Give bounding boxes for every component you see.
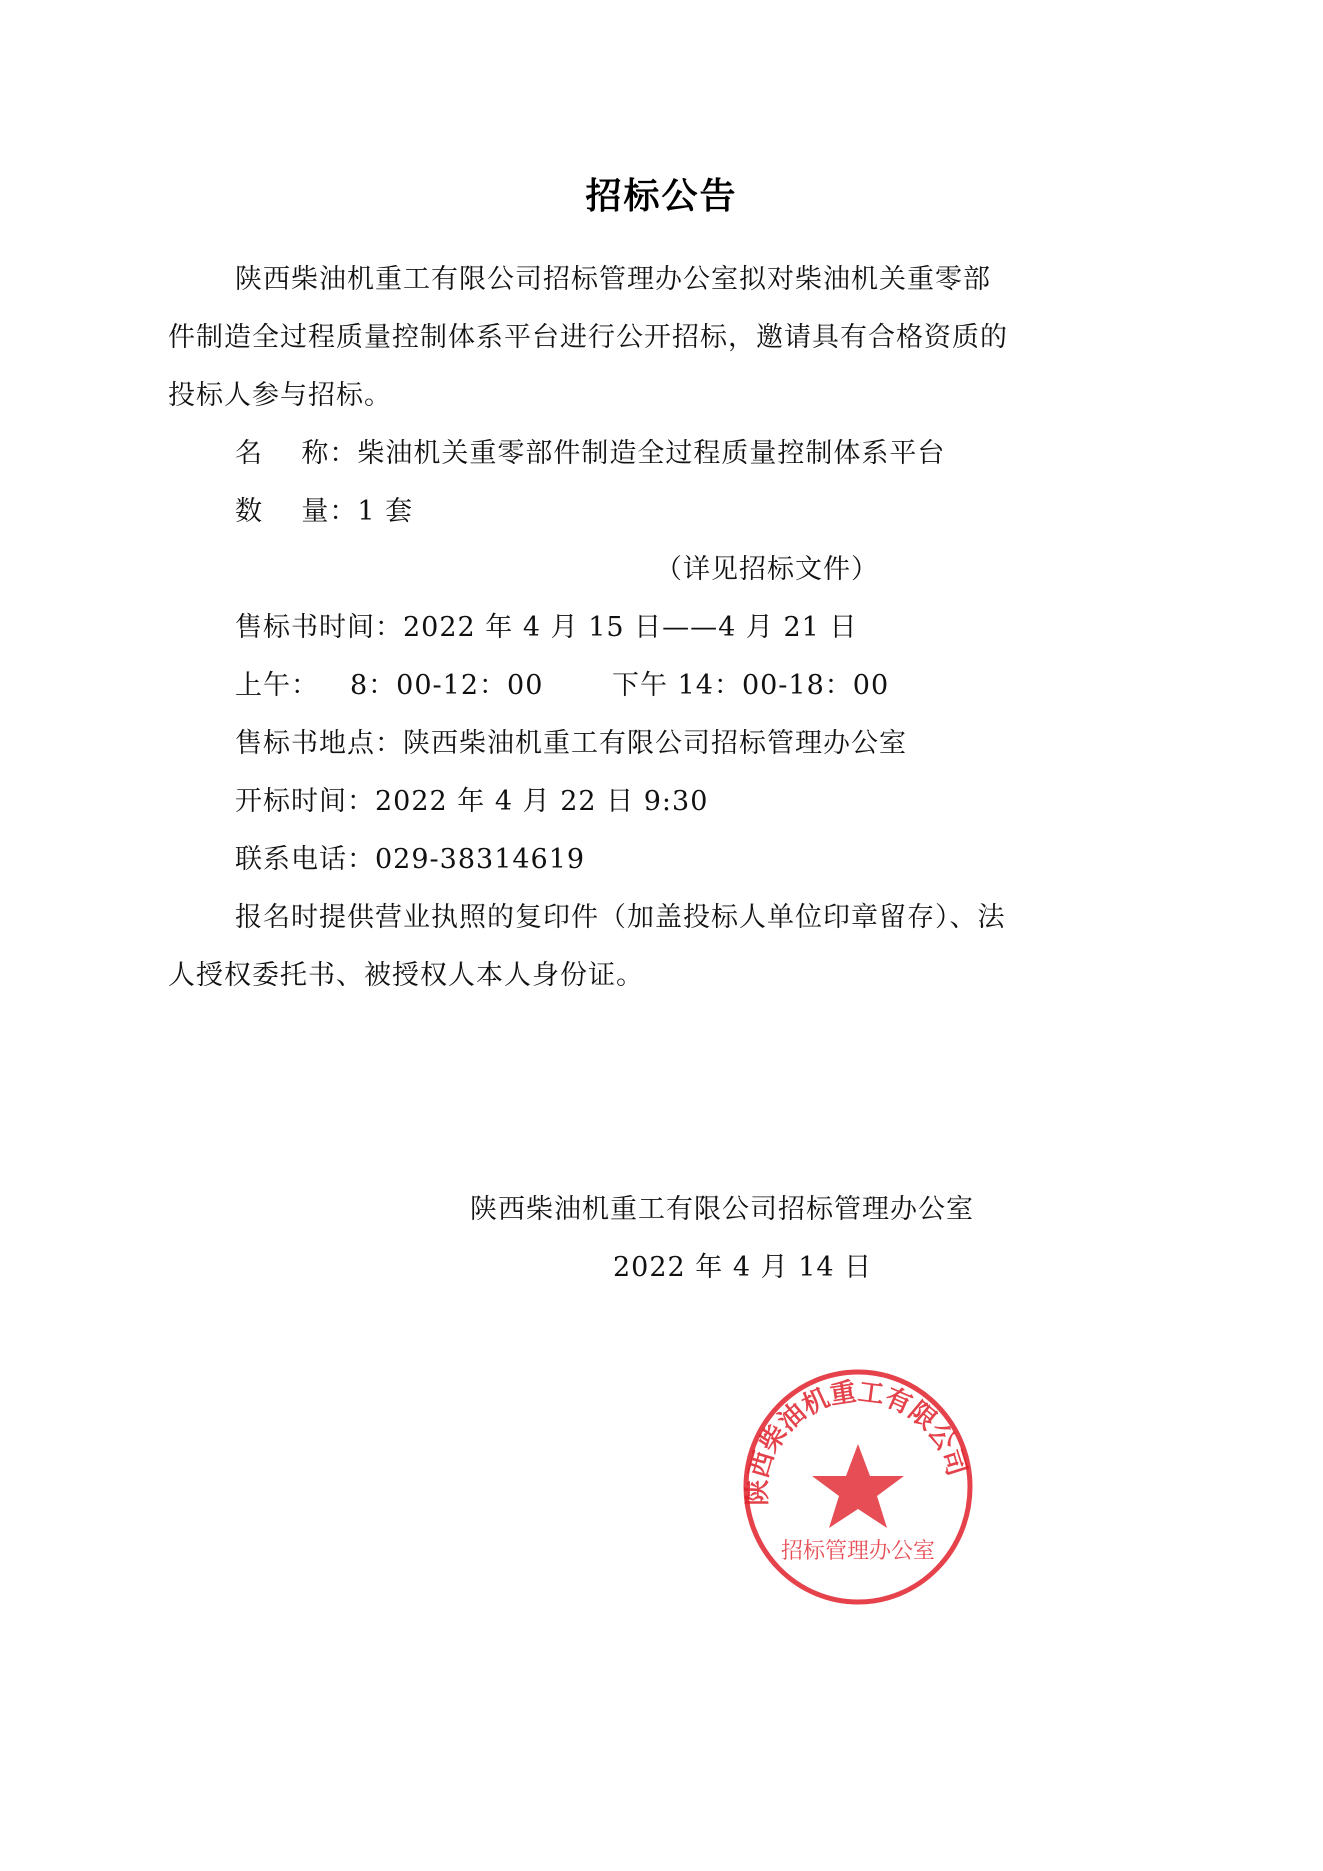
field-morning-label: 上午： [235,668,319,704]
official-seal-stamp: 陕西柴油机重工有限公司 招标管理办公室 [728,1362,988,1612]
field-afternoon: 下午 14：00-18：00 [612,668,889,704]
page-title: 招标公告 [0,168,1323,219]
requirements-line-2: 人授权委托书、被授权人本人身份证。 [168,958,644,994]
field-sale-place: 售标书地点：陕西柴油机重工有限公司招标管理办公室 [235,726,907,762]
signature-issuer: 陕西柴油机重工有限公司招标管理办公室 [470,1192,974,1228]
field-sale-time: 售标书时间：2022 年 4 月 15 日——4 月 21 日 [235,610,857,646]
intro-line-1: 陕西柴油机重工有限公司招标管理办公室拟对柴油机关重零部 [235,262,991,298]
requirements-line-1: 报名时提供营业执照的复印件（加盖投标人单位印章留存）、法 [235,900,1006,936]
stamp-inner-text: 招标管理办公室 [781,1539,935,1564]
field-quantity: 数 量：1 套 [235,494,413,530]
field-name: 名 称：柴油机关重零部件制造全过程质量控制体系平台 [235,436,945,472]
intro-line-2: 件制造全过程质量控制体系平台进行公开招标，邀请具有合格资质的 [168,320,1008,356]
field-see-docs: （详见招标文件） [655,552,879,588]
document-page: 招标公告 陕西柴油机重工有限公司招标管理办公室拟对柴油机关重零部 件制造全过程质… [0,0,1323,1871]
signature-date: 2022 年 4 月 14 日 [613,1250,872,1286]
field-open-time: 开标时间：2022 年 4 月 22 日 9:30 [235,784,708,820]
field-phone: 联系电话：029-38314619 [235,842,585,878]
star-icon [812,1444,904,1528]
intro-line-3: 投标人参与招标。 [168,378,392,414]
field-morning-hours: 8：00-12：00 [350,668,543,704]
